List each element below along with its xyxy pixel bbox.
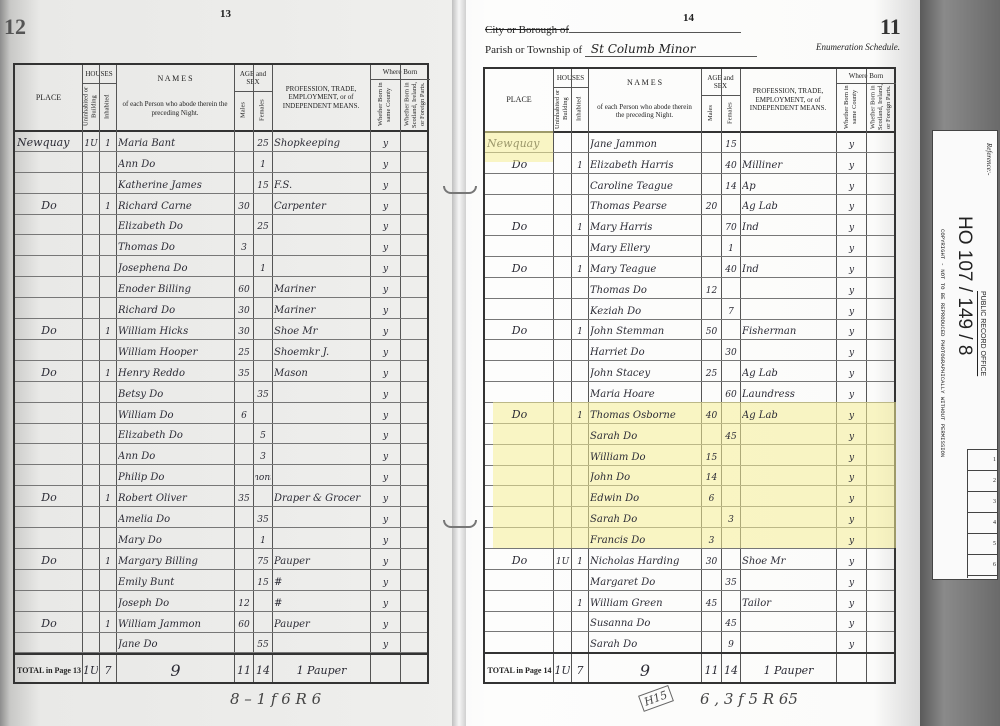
total-row: TOTAL in Page 141U7911141 Pauper xyxy=(485,652,894,686)
inhabited-cell xyxy=(573,381,587,402)
born-county-cell: y xyxy=(838,277,865,298)
profession-cell: Ag Lab xyxy=(742,402,835,423)
female-age-cell: 30 xyxy=(723,340,739,361)
uninhabited-cell: 1U xyxy=(555,548,570,569)
uninhabited-cell xyxy=(84,632,98,653)
male-age-cell xyxy=(703,506,720,527)
female-age-cell xyxy=(255,485,271,506)
born-county-cell: y xyxy=(372,151,399,172)
born-county-cell: y xyxy=(838,340,865,361)
census-row: Do1U1Nicholas Harding30Shoe Mry xyxy=(485,548,894,570)
female-age-cell xyxy=(255,193,271,214)
uninhabited-cell xyxy=(84,611,98,632)
male-age-cell: 6 xyxy=(236,402,252,423)
census-row: Do1Thomas Osborne40Ag Laby xyxy=(485,402,894,424)
female-age-cell: 3 xyxy=(723,506,739,527)
born-county-cell: y xyxy=(838,173,865,194)
male-age-cell: 6 xyxy=(703,485,720,506)
profession-cell xyxy=(274,527,369,548)
place-cell xyxy=(487,277,552,298)
inhabited-cell: 1 xyxy=(573,256,587,277)
census-row: Thomas Do12y xyxy=(485,277,894,299)
uninhabited-cell xyxy=(84,527,98,548)
male-age-cell xyxy=(703,152,720,173)
inhabited-cell: 1 xyxy=(573,319,587,340)
born-county-cell: y xyxy=(838,444,865,465)
reference-number: HO 107 / 149 / 8 xyxy=(953,216,975,355)
female-age-cell: 45 xyxy=(723,423,739,444)
female-age-cell xyxy=(255,276,271,297)
male-age-cell: 50 xyxy=(703,319,720,340)
uninhabited-cell xyxy=(84,506,98,527)
inhabited-cell xyxy=(573,506,587,527)
profession-cell: Ind xyxy=(742,256,835,277)
census-row: Do1Margary Billing75Paupery xyxy=(15,548,427,570)
born-county-cell: y xyxy=(372,423,399,444)
profession-cell xyxy=(274,402,369,423)
place-cell xyxy=(487,340,552,361)
scale-ruler: 123456 xyxy=(967,449,998,578)
place-cell: Do xyxy=(487,152,552,173)
name-cell: Francis Do xyxy=(590,527,700,548)
name-cell: Mary Teague xyxy=(590,256,700,277)
name-cell: Katherine James xyxy=(118,172,233,193)
name-cell: Edwin Do xyxy=(590,485,700,506)
census-row: William Do6y xyxy=(15,402,427,424)
total-females: 14 xyxy=(723,654,739,686)
born-county-cell: y xyxy=(838,194,865,215)
profession-cell: Ind xyxy=(742,214,835,235)
header-place: PLACE xyxy=(15,65,82,130)
born-county-cell: y xyxy=(372,130,399,151)
place-cell xyxy=(17,276,81,297)
profession-cell: F.S. xyxy=(274,172,369,193)
profession-cell: Shoemkr J. xyxy=(274,339,369,360)
census-row: John Stacey25Ag Laby xyxy=(485,360,894,382)
uninhabited-cell xyxy=(84,485,98,506)
uninhabited-cell xyxy=(84,297,98,318)
female-age-cell xyxy=(255,360,271,381)
inhabited-cell xyxy=(573,465,587,486)
place-cell xyxy=(17,255,81,276)
uninhabited-cell xyxy=(555,152,570,173)
profession-cell: Shopkeeping xyxy=(274,130,369,151)
female-age-cell: 14 xyxy=(723,173,739,194)
born-county-cell: y xyxy=(372,444,399,465)
header-born-scotland: Whether Born in Scotland, Ireland, or Fo… xyxy=(866,83,896,131)
female-age-cell: 3 xyxy=(255,444,271,465)
name-cell: Ann Do xyxy=(118,151,233,172)
left-page-number: 13 xyxy=(220,8,231,20)
name-cell: William Do xyxy=(590,444,700,465)
female-age-cell: 1 xyxy=(255,151,271,172)
female-age-cell: 55 xyxy=(255,632,271,653)
male-age-cell: 30 xyxy=(703,548,720,569)
male-age-cell xyxy=(703,235,720,256)
profession-cell xyxy=(742,631,835,652)
inhabited-cell xyxy=(101,255,115,276)
male-age-cell: 25 xyxy=(236,339,252,360)
profession-cell xyxy=(742,298,835,319)
census-row: Do1Robert Oliver35Draper & Grocery xyxy=(15,485,427,507)
header-born-same-county: Whether Born in same County xyxy=(370,79,400,130)
name-cell: Mary Harris xyxy=(590,214,700,235)
name-cell: Margaret Do xyxy=(590,569,700,590)
profession-cell xyxy=(742,340,835,361)
right-corner-mark: 11 xyxy=(880,14,901,40)
male-age-cell: 30 xyxy=(236,318,252,339)
record-office-label: PUBLIC RECORD OFFICE xyxy=(979,291,986,376)
place-cell xyxy=(17,381,81,402)
name-cell: John Stacey xyxy=(590,360,700,381)
female-age-cell xyxy=(723,527,739,548)
header-names-sub: of each Person who abode therein the pre… xyxy=(122,89,228,128)
female-age-cell: 70 xyxy=(723,214,739,235)
name-cell: William Do xyxy=(118,402,233,423)
profession-cell xyxy=(742,423,835,444)
female-age-cell: 1 xyxy=(255,255,271,276)
census-row: Richard Do30Marinery xyxy=(15,297,427,319)
census-table-page-14: PLACEHOUSESUninhabited or BuildingInhabi… xyxy=(483,67,896,684)
female-age-cell: 5 xyxy=(255,423,271,444)
census-row: William Do15y xyxy=(485,444,894,466)
place-cell xyxy=(487,298,552,319)
profession-cell xyxy=(274,444,369,465)
census-row: NewquayJane Jammon15y xyxy=(485,131,894,153)
census-row: Do1Elizabeth Harris40Millinery xyxy=(485,152,894,174)
inhabited-cell xyxy=(101,276,115,297)
census-row: Susanna Do45y xyxy=(485,611,894,633)
profession-cell xyxy=(274,423,369,444)
born-county-cell: y xyxy=(838,319,865,340)
name-cell: Philip Do xyxy=(118,464,233,485)
profession-cell: Mariner xyxy=(274,276,369,297)
born-county-cell: y xyxy=(372,485,399,506)
male-age-cell xyxy=(703,173,720,194)
male-age-cell xyxy=(236,130,252,151)
male-age-cell xyxy=(703,298,720,319)
born-county-cell: y xyxy=(838,381,865,402)
uninhabited-cell xyxy=(84,193,98,214)
name-cell: Jane Jammon xyxy=(590,131,700,152)
census-row: Do1John Stemman50Fishermany xyxy=(485,319,894,341)
male-age-cell xyxy=(703,256,720,277)
scale-mark: 3 xyxy=(968,492,998,513)
profession-cell: Tailor xyxy=(742,590,835,611)
female-age-cell xyxy=(255,611,271,632)
male-age-cell xyxy=(236,423,252,444)
born-county-cell: y xyxy=(372,569,399,590)
name-cell: Susanna Do xyxy=(590,611,700,632)
inhabited-cell: 1 xyxy=(573,152,587,173)
profession-cell: Pauper xyxy=(274,548,369,569)
place-cell: Do xyxy=(487,402,552,423)
name-cell: Robert Oliver xyxy=(118,485,233,506)
female-age-cell xyxy=(723,402,739,423)
total-label: TOTAL in Page 13 xyxy=(17,655,81,687)
female-age-cell: 15 xyxy=(255,172,271,193)
name-cell: Richard Do xyxy=(118,297,233,318)
scale-mark: 5 xyxy=(968,534,998,555)
born-county-cell: y xyxy=(838,465,865,486)
male-age-cell xyxy=(236,569,252,590)
reference-label: Reference:- xyxy=(985,143,993,175)
city-borough-line: City or Borough of xyxy=(485,24,741,36)
inhabited-cell xyxy=(573,527,587,548)
place-cell: Do xyxy=(17,611,81,632)
census-row: Do1William Hicks30Shoe Mry xyxy=(15,318,427,340)
uninhabited-cell xyxy=(555,173,570,194)
born-county-cell: y xyxy=(372,402,399,423)
female-age-cell xyxy=(255,402,271,423)
binding-ring-top xyxy=(443,186,477,194)
enumeration-schedule-label: Enumeration Schedule. xyxy=(816,42,900,52)
inhabited-cell: 1 xyxy=(573,402,587,423)
profession-cell: Draper & Grocer xyxy=(274,485,369,506)
name-cell: Margary Billing xyxy=(118,548,233,569)
total-profession: 1 Pauper xyxy=(274,655,369,687)
male-age-cell xyxy=(703,340,720,361)
male-age-cell xyxy=(703,631,720,652)
inhabited-cell xyxy=(101,527,115,548)
profession-cell xyxy=(274,151,369,172)
census-row: Do1Mary Teague40Indy xyxy=(485,256,894,278)
profession-cell: Mariner xyxy=(274,297,369,318)
inhabited-cell: 1 xyxy=(573,548,587,569)
born-county-cell: y xyxy=(838,631,865,652)
inhabited-cell: 1 xyxy=(101,360,115,381)
female-age-cell: 15 xyxy=(255,569,271,590)
census-row: Ann Do3y xyxy=(15,444,427,466)
uninhabited-cell xyxy=(555,465,570,486)
profession-cell: Carpenter xyxy=(274,193,369,214)
name-cell: Sarah Do xyxy=(590,631,700,652)
name-cell: Mary Do xyxy=(118,527,233,548)
female-age-cell xyxy=(723,194,739,215)
born-county-cell: y xyxy=(372,318,399,339)
header-inhabited: Inhabited xyxy=(99,83,116,130)
city-borough-label: City or Borough of xyxy=(485,24,569,36)
inhabited-cell xyxy=(101,590,115,611)
name-cell: William Hicks xyxy=(118,318,233,339)
name-cell: Josephena Do xyxy=(118,255,233,276)
male-age-cell xyxy=(236,632,252,653)
profession-cell xyxy=(274,506,369,527)
uninhabited-cell xyxy=(84,569,98,590)
census-row: Sarah Do9y xyxy=(485,631,894,653)
inhabited-cell xyxy=(101,381,115,402)
place-cell: Do xyxy=(17,360,81,381)
name-cell: John Stemman xyxy=(590,319,700,340)
inhabited-cell: 1 xyxy=(101,611,115,632)
place-cell xyxy=(17,339,81,360)
born-county-cell: y xyxy=(838,256,865,277)
inhabited-cell xyxy=(573,277,587,298)
born-county-cell: y xyxy=(372,590,399,611)
female-age-cell xyxy=(723,360,739,381)
uninhabited-cell xyxy=(84,276,98,297)
parish-label: Parish or Township of xyxy=(485,44,582,56)
place-cell xyxy=(17,632,81,653)
header-profession: PROFESSION, TRADE, EMPLOYMENT, or of IND… xyxy=(744,69,832,131)
male-age-cell: 30 xyxy=(236,193,252,214)
uninhabited-cell xyxy=(555,319,570,340)
census-row: Mary Do1y xyxy=(15,527,427,549)
place-cell xyxy=(17,214,81,235)
inhabited-cell: 1 xyxy=(573,214,587,235)
inhabited-cell xyxy=(101,297,115,318)
census-row: William Hooper25Shoemkr J.y xyxy=(15,339,427,361)
born-county-cell: y xyxy=(372,632,399,653)
female-age-cell xyxy=(255,297,271,318)
place-cell xyxy=(487,173,552,194)
inhabited-cell xyxy=(573,423,587,444)
name-cell: Sarah Do xyxy=(590,506,700,527)
name-cell: Enoder Billing xyxy=(118,276,233,297)
header-profession: PROFESSION, TRADE, EMPLOYMENT, or of IND… xyxy=(276,65,366,130)
uninhabited-cell xyxy=(555,381,570,402)
census-row: Francis Do3y xyxy=(485,527,894,549)
census-row: Maria Hoare60Laundressy xyxy=(485,381,894,403)
profession-cell: Laundress xyxy=(742,381,835,402)
place-cell xyxy=(17,172,81,193)
place-cell xyxy=(487,485,552,506)
census-row: Enoder Billing60Marinery xyxy=(15,276,427,298)
born-county-cell: y xyxy=(372,339,399,360)
header-inhabited: Inhabited xyxy=(571,87,588,131)
census-row: Sarah Do3y xyxy=(485,506,894,528)
census-row: Philip Do7 monthsy xyxy=(15,464,427,486)
born-county-cell: y xyxy=(372,464,399,485)
inhabited-cell xyxy=(101,172,115,193)
inhabited-cell xyxy=(101,444,115,465)
name-cell: Thomas Do xyxy=(590,277,700,298)
census-row: Newquay1U1Maria Bant25Shopkeepingy xyxy=(15,130,427,152)
uninhabited-cell xyxy=(555,444,570,465)
male-age-cell: 40 xyxy=(703,402,720,423)
uninhabited-cell xyxy=(555,214,570,235)
female-age-cell: 25 xyxy=(255,214,271,235)
place-cell: Newquay xyxy=(17,130,81,151)
census-row: 1William Green45Tailory xyxy=(485,590,894,612)
census-row: Thomas Pearse20Ag Laby xyxy=(485,194,894,216)
male-age-cell xyxy=(236,214,252,235)
left-corner-mark: 12 xyxy=(4,14,26,40)
header-names-title: N A M E S xyxy=(116,69,234,89)
city-borough-value xyxy=(569,32,741,33)
scale-mark: 1 xyxy=(968,450,998,471)
name-cell: Henry Reddo xyxy=(118,360,233,381)
inhabited-cell xyxy=(573,485,587,506)
female-age-cell: 40 xyxy=(723,152,739,173)
profession-cell: Ag Lab xyxy=(742,194,835,215)
profession-cell xyxy=(274,381,369,402)
female-age-cell: 9 xyxy=(723,631,739,652)
male-age-cell xyxy=(236,381,252,402)
uninhabited-cell xyxy=(84,402,98,423)
uninhabited-cell xyxy=(555,527,570,548)
inhabited-cell xyxy=(573,569,587,590)
name-cell: Elizabeth Do xyxy=(118,214,233,235)
profession-cell xyxy=(742,611,835,632)
male-age-cell xyxy=(236,548,252,569)
place-cell: Do xyxy=(487,548,552,569)
place-cell xyxy=(487,235,552,256)
copyright-notice: COPYRIGHT - NOT TO BE REPRODUCED PHOTOGR… xyxy=(939,229,946,457)
total-uninhabited: 1U xyxy=(84,655,98,687)
uninhabited-cell xyxy=(555,611,570,632)
profession-cell: Fisherman xyxy=(742,319,835,340)
name-cell: Keziah Do xyxy=(590,298,700,319)
header-males: Males xyxy=(234,91,253,130)
place-cell xyxy=(17,569,81,590)
male-age-cell xyxy=(703,611,720,632)
name-cell: Emily Bunt xyxy=(118,569,233,590)
profession-cell xyxy=(742,444,835,465)
inhabited-cell xyxy=(573,340,587,361)
census-row: Harriet Do30y xyxy=(485,340,894,362)
female-age-cell: 25 xyxy=(255,130,271,151)
name-cell: Thomas Do xyxy=(118,235,233,256)
male-age-cell xyxy=(703,381,720,402)
profession-cell: Shoe Mr xyxy=(274,318,369,339)
born-county-cell: y xyxy=(838,131,865,152)
place-cell xyxy=(487,381,552,402)
profession-cell xyxy=(742,527,835,548)
profession-cell: Shoe Mr xyxy=(742,548,835,569)
uninhabited-cell xyxy=(84,444,98,465)
uninhabited-cell xyxy=(84,318,98,339)
profession-cell: # xyxy=(274,590,369,611)
place-cell xyxy=(17,464,81,485)
profession-cell: Mason xyxy=(274,360,369,381)
profession-cell xyxy=(742,131,835,152)
male-age-cell xyxy=(236,255,252,276)
uninhabited-cell xyxy=(84,548,98,569)
profession-cell xyxy=(742,485,835,506)
inhabited-cell xyxy=(573,611,587,632)
table-header: PLACEHOUSESUninhabited or BuildingInhabi… xyxy=(485,69,894,133)
total-inhabited: 7 xyxy=(101,655,115,687)
born-county-cell: y xyxy=(838,152,865,173)
uninhabited-cell xyxy=(555,569,570,590)
male-age-cell xyxy=(703,569,720,590)
place-cell xyxy=(17,527,81,548)
uninhabited-cell xyxy=(84,255,98,276)
total-males: 11 xyxy=(236,655,252,687)
census-row: Elizabeth Do25y xyxy=(15,214,427,236)
name-cell: Thomas Osborne xyxy=(590,402,700,423)
born-county-cell: y xyxy=(838,569,865,590)
female-age-cell xyxy=(723,590,739,611)
uninhabited-cell xyxy=(555,298,570,319)
inhabited-cell: 1 xyxy=(101,318,115,339)
uninhabited-cell xyxy=(84,590,98,611)
header-place: PLACE xyxy=(485,69,553,131)
census-row: Do1William Jammon60Paupery xyxy=(15,611,427,633)
profession-cell xyxy=(742,506,835,527)
profession-cell xyxy=(274,214,369,235)
female-age-cell xyxy=(723,277,739,298)
name-cell: Ann Do xyxy=(118,444,233,465)
inhabited-cell: 1 xyxy=(101,548,115,569)
header-females: Females xyxy=(721,95,740,131)
born-county-cell: y xyxy=(372,611,399,632)
born-county-cell: y xyxy=(372,548,399,569)
place-cell xyxy=(487,590,552,611)
uninhabited-cell xyxy=(555,360,570,381)
profession-cell xyxy=(742,569,835,590)
